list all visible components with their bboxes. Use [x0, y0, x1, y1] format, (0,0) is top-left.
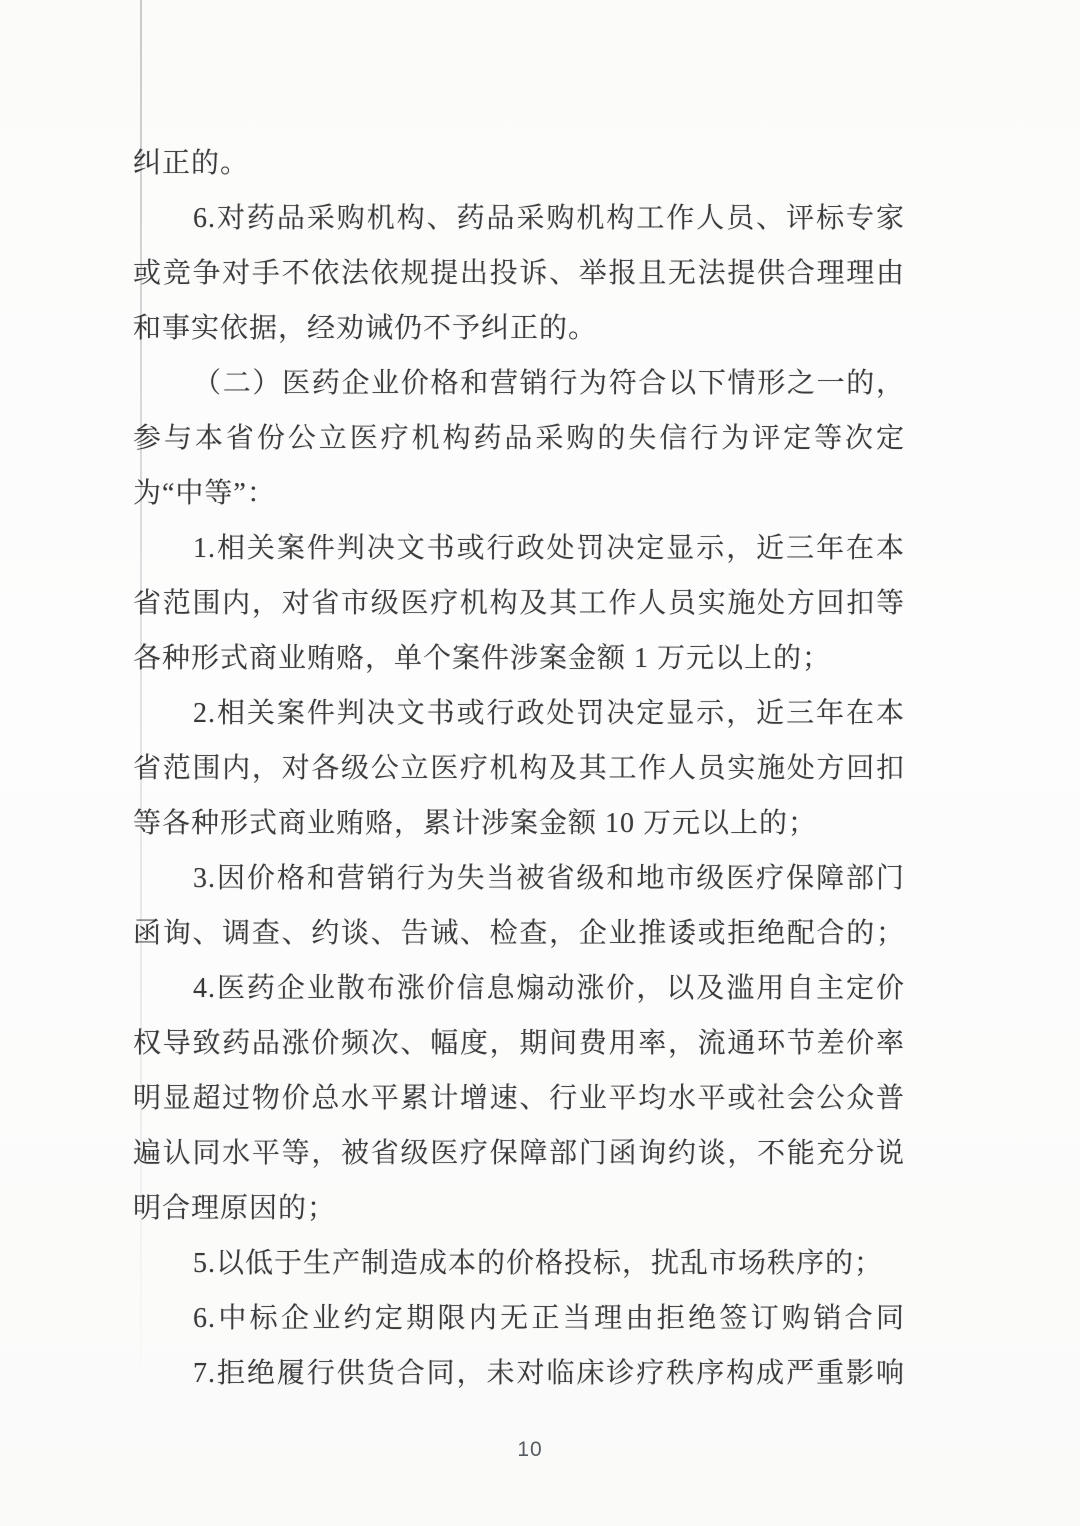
- text-line: （二）医药企业价格和营销行为符合以下情形之一的，: [133, 356, 905, 411]
- text-line: 纠正的。: [133, 136, 905, 191]
- text-line: 省范围内，对各级公立医疗机构及其工作人员实施处方回扣: [133, 741, 905, 796]
- text-line: 5.以低于生产制造成本的价格投标，扰乱市场秩序的；: [133, 1236, 905, 1291]
- text-line: 3.因价格和营销行为失当被省级和地市级医疗保障部门: [133, 851, 905, 906]
- text-line: 权导致药品涨价频次、幅度，期间费用率，流通环节差价率: [133, 1016, 905, 1071]
- text-line: 和事实依据，经劝诫仍不予纠正的。: [133, 301, 905, 356]
- text-line: 6.对药品采购机构、药品采购机构工作人员、评标专家: [133, 191, 905, 246]
- text-line: 等各种形式商业贿赂，累计涉案金额 10 万元以上的；: [133, 796, 905, 851]
- text-line: 或竞争对手不依法依规提出投诉、举报且无法提供合理理由: [133, 246, 905, 301]
- document-page: 纠正的。6.对药品采购机构、药品采购机构工作人员、评标专家或竞争对手不依法依规提…: [0, 0, 1080, 1526]
- page-number: 10: [0, 1438, 1060, 1462]
- text-line: 为“中等”：: [133, 466, 905, 521]
- text-line: 各种形式商业贿赂，单个案件涉案金额 1 万元以上的；: [133, 631, 905, 686]
- text-line: 省范围内，对省市级医疗机构及其工作人员实施处方回扣等: [133, 576, 905, 631]
- document-body: 纠正的。6.对药品采购机构、药品采购机构工作人员、评标专家或竞争对手不依法依规提…: [133, 136, 905, 1401]
- text-line: 明显超过物价总水平累计增速、行业平均水平或社会公众普: [133, 1071, 905, 1126]
- text-line: 函询、调查、约谈、告诫、检查，企业推诿或拒绝配合的；: [133, 906, 905, 961]
- text-line: 明合理原因的；: [133, 1181, 905, 1236]
- text-line: 1.相关案件判决文书或行政处罚决定显示，近三年在本: [133, 521, 905, 576]
- text-line: 4.医药企业散布涨价信息煽动涨价，以及滥用自主定价: [133, 961, 905, 1016]
- text-line: 7.拒绝履行供货合同，未对临床诊疗秩序构成严重影响: [133, 1346, 905, 1401]
- text-line: 2.相关案件判决文书或行政处罚决定显示，近三年在本: [133, 686, 905, 741]
- text-line: 6.中标企业约定期限内无正当理由拒绝签订购销合同的；: [133, 1291, 905, 1346]
- text-line: 参与本省份公立医疗机构药品采购的失信行为评定等次定: [133, 411, 905, 466]
- text-line: 遍认同水平等，被省级医疗保障部门函询约谈，不能充分说: [133, 1126, 905, 1181]
